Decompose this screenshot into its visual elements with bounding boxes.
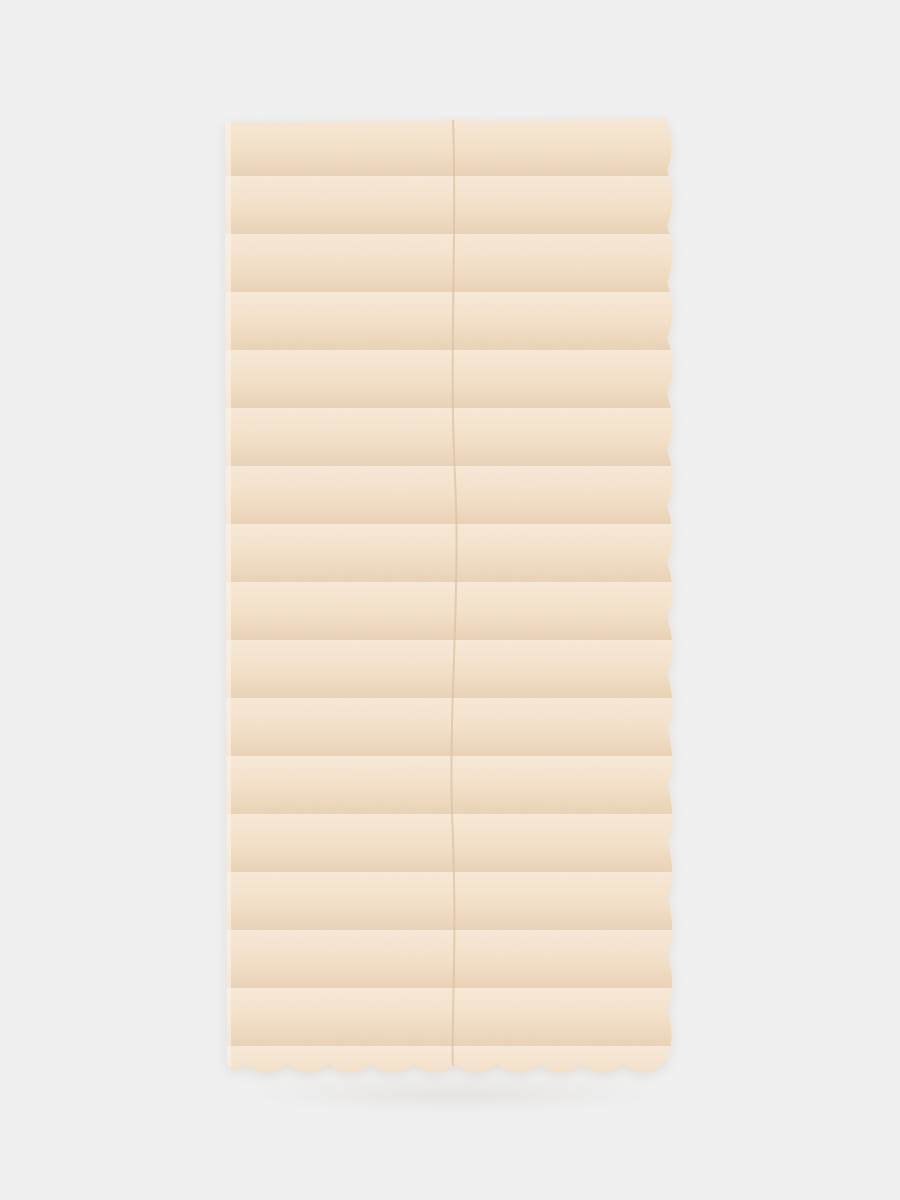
product-photo (0, 0, 900, 1200)
rug-illustration (225, 118, 673, 1080)
faux-fur-rug (225, 118, 673, 1080)
rug-shadow (240, 1075, 670, 1115)
